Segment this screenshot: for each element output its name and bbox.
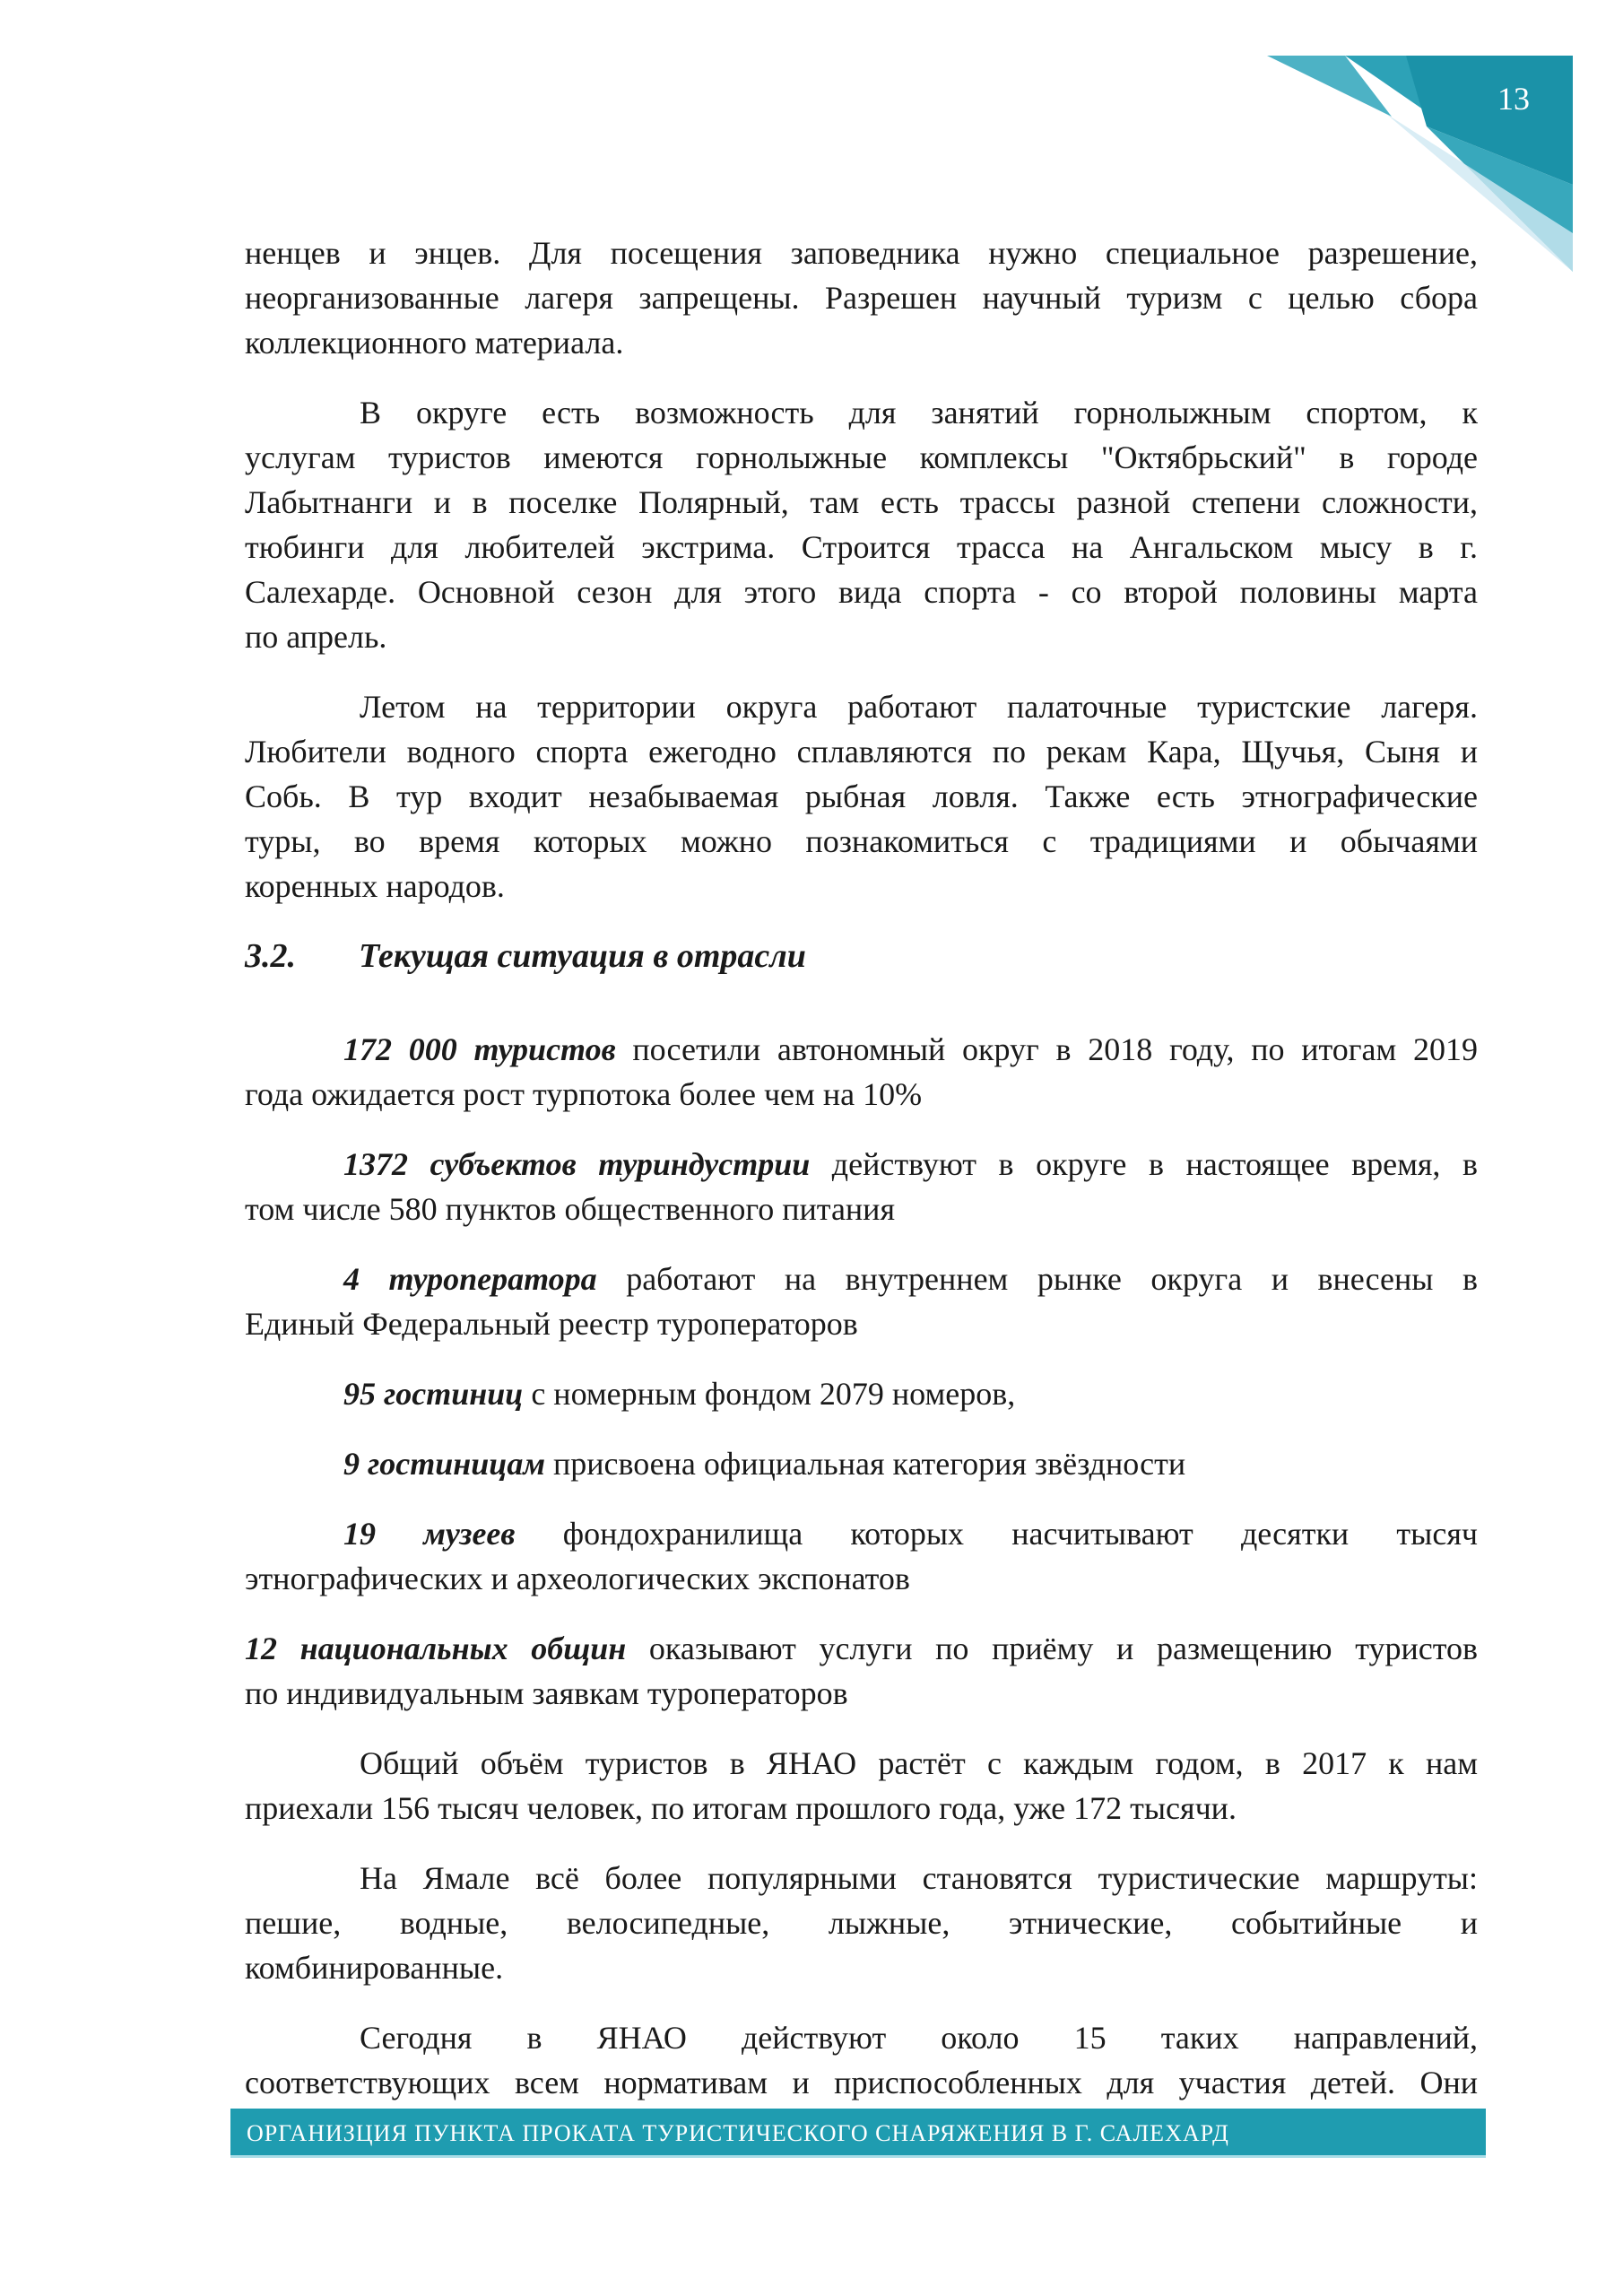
stat-lead: 95 гостиниц	[343, 1376, 523, 1412]
text-line: Летом на территории округа работают пала…	[245, 684, 1478, 729]
stat-museums: 19 музеев фондохранилища которых насчиты…	[245, 1511, 1478, 1601]
text-line: Сегодня в ЯНАО действуют около 15 таких …	[245, 2015, 1478, 2060]
paragraph-summer: Летом на территории округа работают пала…	[245, 684, 1478, 909]
paragraph-continuation: ненцев и энцев. Для посещения заповедник…	[245, 230, 1478, 365]
text-line: Любители водного спорта ежегодно сплавля…	[245, 729, 1478, 774]
text-line: 4 туроператора работают на внутреннем ры…	[245, 1257, 1478, 1301]
text-line: 12 национальных общин оказывают услуги п…	[245, 1626, 1478, 1671]
section-title: Текущая ситуация в отрасли	[359, 937, 806, 975]
paragraph-total-volume: Общий объём туристов в ЯНАО растёт с каж…	[245, 1741, 1478, 1831]
stat-starred-hotels: 9 гостиницам присвоена официальная катег…	[245, 1441, 1478, 1486]
text-line: Собь. В тур входит незабываемая рыбная л…	[245, 774, 1478, 819]
text-line: том числе 580 пунктов общественного пита…	[245, 1187, 1478, 1231]
stat-rest: присвоена официальная категория звёзднос…	[545, 1446, 1185, 1482]
stat-tourists: 172 000 туристов посетили автономный окр…	[245, 1027, 1478, 1117]
stat-lead: 4 туроператора	[343, 1261, 597, 1297]
stat-lead: 9 гостиницам	[343, 1446, 545, 1482]
document-page: 13 ненцев и энцев. Для посещения заповед…	[0, 0, 1623, 2296]
stat-rest: посетили автономный округ в 2018 году, п…	[616, 1031, 1478, 1067]
text-line: 19 музеев фондохранилища которых насчиты…	[245, 1511, 1478, 1556]
text-line: Лабытнанги и в поселке Полярный, там ест…	[245, 480, 1478, 525]
stat-rest: с номерным фондом 2079 номеров,	[523, 1376, 1015, 1412]
text-line: комбинированные.	[245, 1945, 1478, 1990]
text-line: приехали 156 тысяч человек, по итогам пр…	[245, 1786, 1478, 1831]
text-line: этнографических и археологических экспон…	[245, 1556, 1478, 1601]
stat-rest: работают на внутреннем рынке округа и вн…	[597, 1261, 1478, 1297]
page-content: ненцев и энцев. Для посещения заповедник…	[245, 0, 1478, 2130]
text-line: соответствующих всем нормативам и приспо…	[245, 2060, 1478, 2105]
text-line: туры, во время которых можно познакомить…	[245, 819, 1478, 864]
text-line: Общий объём туристов в ЯНАО растёт с каж…	[245, 1741, 1478, 1786]
text-line: пешие, водные, велосипедные, лыжные, этн…	[245, 1900, 1478, 1945]
text-line: коллекционного материала.	[245, 320, 1478, 365]
stat-lead: 172 000 туристов	[343, 1031, 616, 1067]
text-line: На Ямале всё более популярными становятс…	[245, 1856, 1478, 1900]
stat-lead: 1372 субъектов туриндустрии	[343, 1146, 810, 1182]
stat-industry: 1372 субъектов туриндустрии действуют в …	[245, 1142, 1478, 1231]
text-line: 172 000 туристов посетили автономный окр…	[245, 1027, 1478, 1072]
text-line: по апрель.	[245, 614, 1478, 659]
text-line: тюбинги для любителей экстрима. Строится…	[245, 525, 1478, 570]
paragraph-directions: Сегодня в ЯНАО действуют около 15 таких …	[245, 2015, 1478, 2105]
text-line: года ожидается рост турпотока более чем …	[245, 1072, 1478, 1117]
stat-rest: действуют в округе в настоящее время, в	[810, 1146, 1478, 1182]
text-line: В округе есть возможность для занятий го…	[245, 390, 1478, 435]
section-number: 3.2.	[245, 934, 359, 978]
text-line: 1372 субъектов туриндустрии действуют в …	[245, 1142, 1478, 1187]
text-line: ненцев и энцев. Для посещения заповедник…	[245, 230, 1478, 275]
stat-communities: 12 национальных общин оказывают услуги п…	[245, 1626, 1478, 1716]
text-line: неорганизованные лагеря запрещены. Разре…	[245, 275, 1478, 320]
text-line: услугам туристов имеются горнолыжные ком…	[245, 435, 1478, 480]
footer-title: ОРГАНИЗЦИЯ ПУНКТА ПРОКАТА ТУРИСТИЧЕСКОГО…	[247, 2120, 1229, 2146]
stat-lead: 12 национальных общин	[245, 1631, 626, 1666]
stat-rest: фондохранилища которых насчитывают десят…	[516, 1516, 1479, 1552]
page-number: 13	[1487, 79, 1541, 118]
stat-lead: 19 музеев	[343, 1516, 516, 1552]
text-line: 95 гостиниц с номерным фондом 2079 номер…	[245, 1371, 1478, 1416]
stat-rest: оказывают услуги по приёму и размещению …	[626, 1631, 1478, 1666]
stat-hotels: 95 гостиниц с номерным фондом 2079 номер…	[245, 1371, 1478, 1416]
text-line: 9 гостиницам присвоена официальная катег…	[245, 1441, 1478, 1486]
text-line: коренных народов.	[245, 864, 1478, 909]
section-heading: 3.2.Текущая ситуация в отрасли	[245, 934, 1478, 978]
paragraph-routes: На Ямале всё более популярными становятс…	[245, 1856, 1478, 1990]
paragraph-ski: В округе есть возможность для занятий го…	[245, 390, 1478, 659]
footer-title-bar: ОРГАНИЗЦИЯ ПУНКТА ПРОКАТА ТУРИСТИЧЕСКОГО…	[230, 2109, 1486, 2158]
text-line: Салехарде. Основной сезон для этого вида…	[245, 570, 1478, 614]
stat-operators: 4 туроператора работают на внутреннем ры…	[245, 1257, 1478, 1346]
text-line: Единый Федеральный реестр туроператоров	[245, 1301, 1478, 1346]
text-line: по индивидуальным заявкам туроператоров	[245, 1671, 1478, 1716]
